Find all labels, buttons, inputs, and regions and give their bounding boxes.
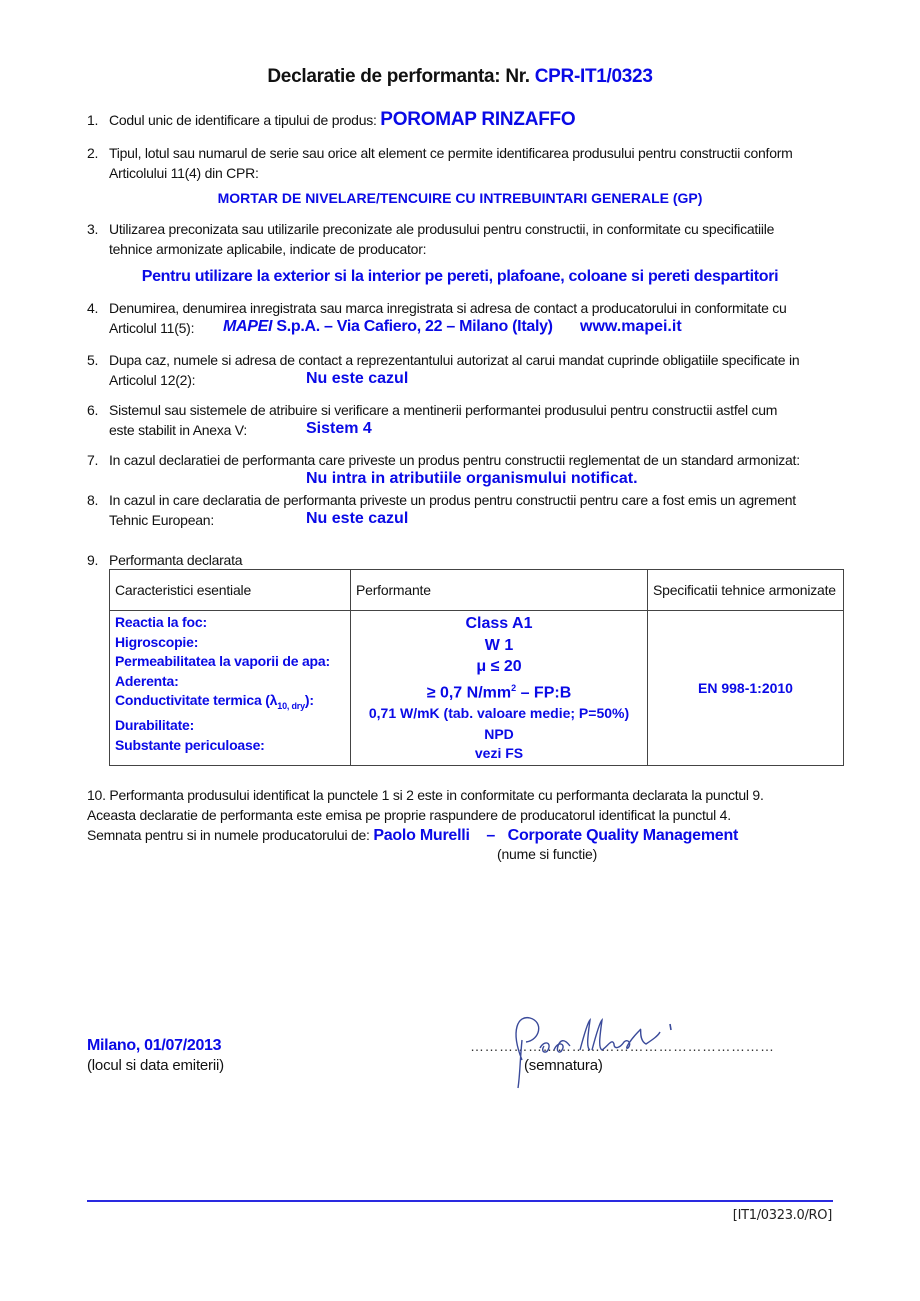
manufacturer-brand: MAPEI — [223, 318, 272, 335]
closing-statement: 10. Performanta produsului identificat l… — [87, 785, 837, 846]
place-date: Milano, 01/07/2013 — [87, 1037, 221, 1055]
perf-adhesion-value: ≥ 0,7 N/mm — [427, 684, 511, 701]
item-6: 6. Sistemul sau sistemele de atribuire s… — [87, 400, 837, 440]
item-7: 7. In cazul declaratiei de performanta c… — [87, 450, 837, 470]
item-number: 6. — [87, 400, 98, 420]
lambda-subscript: 10, dry — [277, 701, 305, 711]
item-2-line2: Articolului 11(4) din CPR: — [109, 163, 837, 183]
performance-table: Caracteristici esentiale Performante Spe… — [109, 569, 844, 766]
item-8-line1: In cazul in care declaratia de performan… — [109, 490, 837, 510]
closing-line-1: 10. Performanta produsului identificat l… — [87, 785, 837, 805]
table-row: Reactia la foc: Higroscopie: Permeabilit… — [110, 611, 844, 766]
title-prefix: Declaratie de performanta: Nr. — [267, 66, 529, 87]
document-code: [IT1/0323.0/RO] — [733, 1208, 832, 1223]
item-3-line2: tehnice armonizate aplicabile, indicate … — [109, 239, 837, 259]
header-performance: Performante — [351, 570, 648, 611]
closing-line-2: Aceasta declaratie de performanta este e… — [87, 805, 837, 825]
eta: Nu este cazul — [306, 510, 408, 528]
perf-vapour: μ ≤ 20 — [356, 656, 642, 678]
avcp-system: Sistem 4 — [306, 420, 372, 438]
item-number: 2. — [87, 143, 98, 163]
document-title: Declaratie de performanta: Nr. CPR-IT1/0… — [0, 66, 920, 88]
handwritten-signature-icon — [500, 1010, 700, 1090]
intended-use: Pentru utilizare la exterior si la inter… — [0, 268, 920, 286]
performance-cell: Class A1 W 1 μ ≤ 20 ≥ 0,7 N/mm2 – FP:B 0… — [351, 611, 648, 766]
item-number: 1. — [87, 110, 98, 130]
item-number: 4. — [87, 298, 98, 318]
char-fire: Reactia la foc: — [115, 613, 345, 633]
product-code: POROMAP RINZAFFO — [380, 109, 575, 130]
item-3-line1: Utilizarea preconizata sau utilizarile p… — [109, 219, 837, 239]
specification-cell: EN 998-1:2010 — [648, 611, 844, 766]
perf-dangerous: vezi FS — [356, 744, 642, 763]
item-5-line2: Articolul 12(2): — [109, 370, 837, 390]
item-2: 2. Tipul, lotul sau numarul de serie sau… — [87, 143, 837, 183]
item-number: 9. — [87, 550, 98, 570]
item-3: 3. Utilizarea preconizata sau utilizaril… — [87, 219, 837, 259]
item-9-label: Performanta declarata — [109, 550, 837, 570]
signature-caption: (semnatura) — [524, 1057, 603, 1074]
declaration-number: CPR-IT1/0323 — [535, 66, 653, 87]
char-adhesion: Aderenta: — [115, 672, 345, 692]
header-characteristics: Caracteristici esentiale — [110, 570, 351, 611]
item-8-line2: Tehnic European: — [109, 510, 837, 530]
char-thermal: Conductivitate termica (λ10, dry): — [115, 691, 345, 716]
manufacturer-address: MAPEI S.p.A. – Via Cafiero, 22 – Milano … — [223, 318, 553, 336]
perf-thermal: 0,71 W/mK (tab. valoare medie; P=50%) — [356, 703, 642, 725]
place-date-caption: (locul si data emiterii) — [87, 1057, 224, 1074]
item-7-line1: In cazul declaratiei de performanta care… — [109, 450, 837, 470]
authorized-representative: Nu este cazul — [306, 370, 408, 388]
char-thermal-label: Conductivitate termica (λ — [115, 692, 277, 708]
manufacturer-website[interactable]: www.mapei.it — [580, 318, 682, 336]
item-number: 8. — [87, 490, 98, 510]
char-hygroscopy: Higroscopie: — [115, 633, 345, 653]
char-dangerous: Substante periculoase: — [115, 736, 345, 756]
item-5: 5. Dupa caz, numele si adresa de contact… — [87, 350, 837, 390]
item-9: 9. Performanta declarata — [87, 550, 837, 570]
closing-line-3: Semnata pentru si in numele producatorul… — [87, 825, 837, 846]
item-5-line1: Dupa caz, numele si adresa de contact a … — [109, 350, 837, 370]
perf-adhesion-suffix: – FP:B — [516, 684, 571, 701]
perf-adhesion: ≥ 0,7 N/mm2 – FP:B — [356, 678, 642, 704]
perf-hygroscopy: W 1 — [356, 635, 642, 657]
item-4-line1: Denumirea, denumirea inregistrata sau ma… — [109, 298, 837, 318]
manufacturer-address-text: S.p.A. – Via Cafiero, 22 – Milano (Italy… — [272, 318, 553, 335]
perf-fire: Class A1 — [356, 613, 642, 635]
product-type: MORTAR DE NIVELARE/TENCUIRE CU INTREBUIN… — [0, 190, 920, 206]
item-number: 3. — [87, 219, 98, 239]
signer-name-function: Paolo Murelli – Corporate Quality Manage… — [373, 827, 738, 844]
item-6-line1: Sistemul sau sistemele de atribuire si v… — [109, 400, 837, 420]
char-durability: Durabilitate: — [115, 716, 345, 736]
item-1: 1. Codul unic de identificare a tipului … — [87, 110, 837, 130]
item-number: 7. — [87, 450, 98, 470]
header-specifications: Specificatii tehnice armonizate — [648, 570, 844, 611]
char-vapour: Permeabilitatea la vaporii de apa: — [115, 652, 345, 672]
signer-caption: (nume si functie) — [497, 846, 597, 862]
item-1-label: Codul unic de identificare a tipului de … — [109, 112, 377, 128]
char-thermal-suffix: ): — [305, 692, 314, 708]
table-header-row: Caracteristici esentiale Performante Spe… — [110, 570, 844, 611]
notified-body: Nu intra in atributiile organismului not… — [306, 470, 638, 488]
characteristics-cell: Reactia la foc: Higroscopie: Permeabilit… — [110, 611, 351, 766]
item-8: 8. In cazul in care declaratia de perfor… — [87, 490, 837, 530]
item-6-line2: este stabilit in Anexa V: — [109, 420, 837, 440]
closing-line-3-prefix: Semnata pentru si in numele producatorul… — [87, 827, 370, 843]
perf-durability: NPD — [356, 725, 642, 744]
item-number: 5. — [87, 350, 98, 370]
item-2-line1: Tipul, lotul sau numarul de serie sau or… — [109, 143, 837, 163]
footer-divider — [87, 1200, 833, 1202]
